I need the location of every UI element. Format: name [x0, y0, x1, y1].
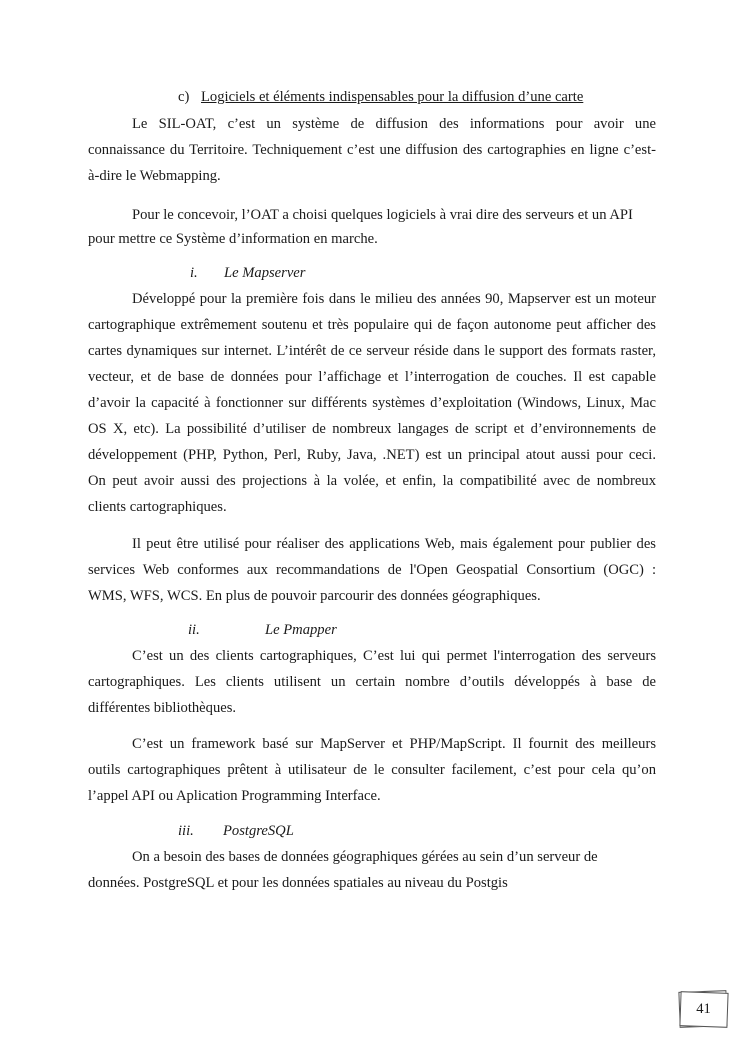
paragraph-line: cartographiques. Les clients utilisent u… — [88, 673, 656, 691]
document-page: c) Logiciels et éléments indispensables … — [0, 0, 745, 1053]
subsection-title: Le Pmapper — [265, 621, 337, 639]
paragraph-line: développement (PHP, Python, Perl, Ruby, … — [88, 446, 656, 464]
paragraph-line: WMS, WFS, WCS. En plus de pouvoir parcou… — [88, 587, 541, 605]
page-number: 41 — [676, 1001, 731, 1017]
paragraph-line: pour mettre ce Système d’information en … — [88, 230, 378, 248]
paragraph-line: cartes dynamiques sur internet. L’intérê… — [88, 342, 656, 360]
paragraph-line: services Web conformes aux recommandatio… — [88, 561, 656, 579]
paragraph-line: clients cartographiques. — [88, 498, 227, 516]
section-title: Logiciels et éléments indispensables pou… — [201, 89, 583, 105]
paragraph-line: C’est un des clients cartographiques, C’… — [132, 647, 656, 665]
subsection-heading: i. Le Mapserver — [190, 264, 390, 282]
section-number: c) — [178, 88, 189, 106]
paragraph-line: outils cartographiques prêtent à utilisa… — [88, 761, 656, 779]
paragraph-line: Il peut être utilisé pour réaliser des a… — [132, 535, 656, 553]
paragraph-line: OS X, etc). La possibilité d’utiliser de… — [88, 420, 656, 438]
paragraph-line: On peut avoir aussi des projections à la… — [88, 472, 656, 490]
paragraph-line: C’est un framework basé sur MapServer et… — [132, 735, 656, 753]
paragraph-line: données. PostgreSQL et pour les données … — [88, 874, 508, 892]
paragraph-line: Développé pour la première fois dans le … — [132, 290, 656, 308]
subsection-heading: ii. Le Pmapper — [188, 621, 388, 639]
paragraph-line: différentes bibliothèques. — [88, 699, 236, 717]
section-heading: c) Logiciels et éléments indispensables … — [178, 88, 583, 106]
paragraph-line: Pour le concevoir, l’OAT a choisi quelqu… — [132, 206, 633, 224]
paragraph-line: connaissance du Territoire. Techniquemen… — [88, 141, 656, 159]
paragraph-line: cartographique extrêmement soutenu et tr… — [88, 316, 656, 334]
subsection-title: Le Mapserver — [224, 264, 305, 282]
subsection-number: ii. — [188, 622, 200, 638]
subsection-number: i. — [190, 265, 198, 281]
paragraph-line: Le SIL-OAT, c’est un système de diffusio… — [132, 115, 656, 133]
subsection-number: iii. — [178, 823, 194, 839]
paragraph-line: vecteur, et de base de données pour l’af… — [88, 368, 656, 386]
paragraph-line: On a besoin des bases de données géograp… — [132, 848, 598, 866]
subsection-title: PostgreSQL — [223, 822, 294, 840]
subsection-heading: iii. PostgreSQL — [178, 822, 378, 840]
page-number-box: 41 — [676, 990, 731, 1028]
paragraph-line: l’appel API ou Aplication Programming In… — [88, 787, 381, 805]
paragraph-line: d’avoir la capacité à fonctionner sur di… — [88, 394, 656, 412]
paragraph-line: à-dire le Webmapping. — [88, 167, 221, 185]
